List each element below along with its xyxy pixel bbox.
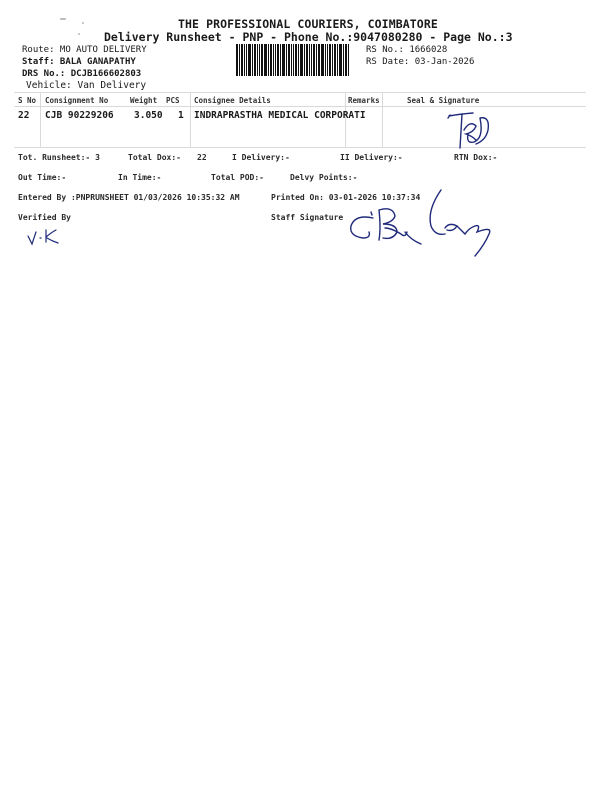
i-delivery: I Delivery:- bbox=[232, 153, 290, 162]
scan-speck bbox=[82, 22, 84, 24]
ii-delivery: II Delivery:- bbox=[340, 153, 403, 162]
entered-by: Entered By :PNPRUNSHEET 01/03/2026 10:35… bbox=[18, 193, 240, 202]
out-time: Out Time:- bbox=[18, 173, 66, 182]
col-header-consignee: Consignee Details bbox=[194, 96, 271, 105]
total-dox-label: Total Dox:- bbox=[128, 153, 181, 162]
receiver-signature bbox=[440, 110, 510, 155]
col-header-weight: Weight bbox=[130, 96, 157, 105]
vehicle-label: Vehicle: Van Delivery bbox=[26, 80, 146, 91]
drs-number: DRS No.: DCJB166602803 bbox=[22, 69, 141, 79]
verified-by-label: Verified By bbox=[18, 213, 71, 222]
col-divider bbox=[190, 93, 191, 147]
rtn-dox: RTN Dox:- bbox=[454, 153, 497, 162]
route-label: Route: MO AUTO DELIVERY bbox=[22, 45, 147, 55]
runsheet-subtitle: Delivery Runsheet - PNP - Phone No.:9047… bbox=[104, 30, 513, 44]
staff-signature-label: Staff Signature bbox=[271, 213, 343, 222]
company-title: THE PROFESSIONAL COURIERS, COIMBATORE bbox=[178, 17, 438, 31]
cell-consignment-no: CJB 90229206 bbox=[45, 110, 114, 121]
staff-label: Staff: BALA GANAPATHY bbox=[22, 57, 136, 67]
col-header-sno: S No bbox=[18, 96, 36, 105]
table-header-border bbox=[14, 106, 586, 107]
cell-consignee: INDRAPRASTHA MEDICAL CORPORATI bbox=[194, 110, 366, 121]
barcode bbox=[236, 44, 364, 76]
col-divider bbox=[382, 93, 383, 147]
col-header-pcs: PCS bbox=[166, 96, 180, 105]
tot-runsheet: Tot. Runsheet:- 3 bbox=[18, 153, 100, 162]
cell-weight: 3.050 bbox=[134, 110, 163, 121]
scan-speck bbox=[60, 18, 66, 20]
table-top-border bbox=[14, 92, 586, 93]
scan-speck bbox=[78, 33, 80, 35]
rs-date: RS Date: 03-Jan-2026 bbox=[366, 57, 474, 67]
cell-pcs: 1 bbox=[178, 110, 184, 121]
total-dox-value: 22 bbox=[197, 153, 207, 162]
verified-initials bbox=[26, 228, 62, 248]
rs-number: RS No.: 1666028 bbox=[366, 45, 447, 55]
col-header-remarks: Remarks bbox=[348, 96, 380, 105]
col-header-seal: Seal & Signature bbox=[407, 96, 479, 105]
delvy-points: Delvy Points:- bbox=[290, 173, 357, 182]
staff-signature bbox=[345, 188, 515, 263]
total-pod: Total POD:- bbox=[211, 173, 264, 182]
in-time: In Time:- bbox=[118, 173, 161, 182]
cell-sno: 22 bbox=[18, 110, 29, 121]
col-divider bbox=[40, 93, 41, 147]
col-header-consignment: Consignment No bbox=[45, 96, 108, 105]
